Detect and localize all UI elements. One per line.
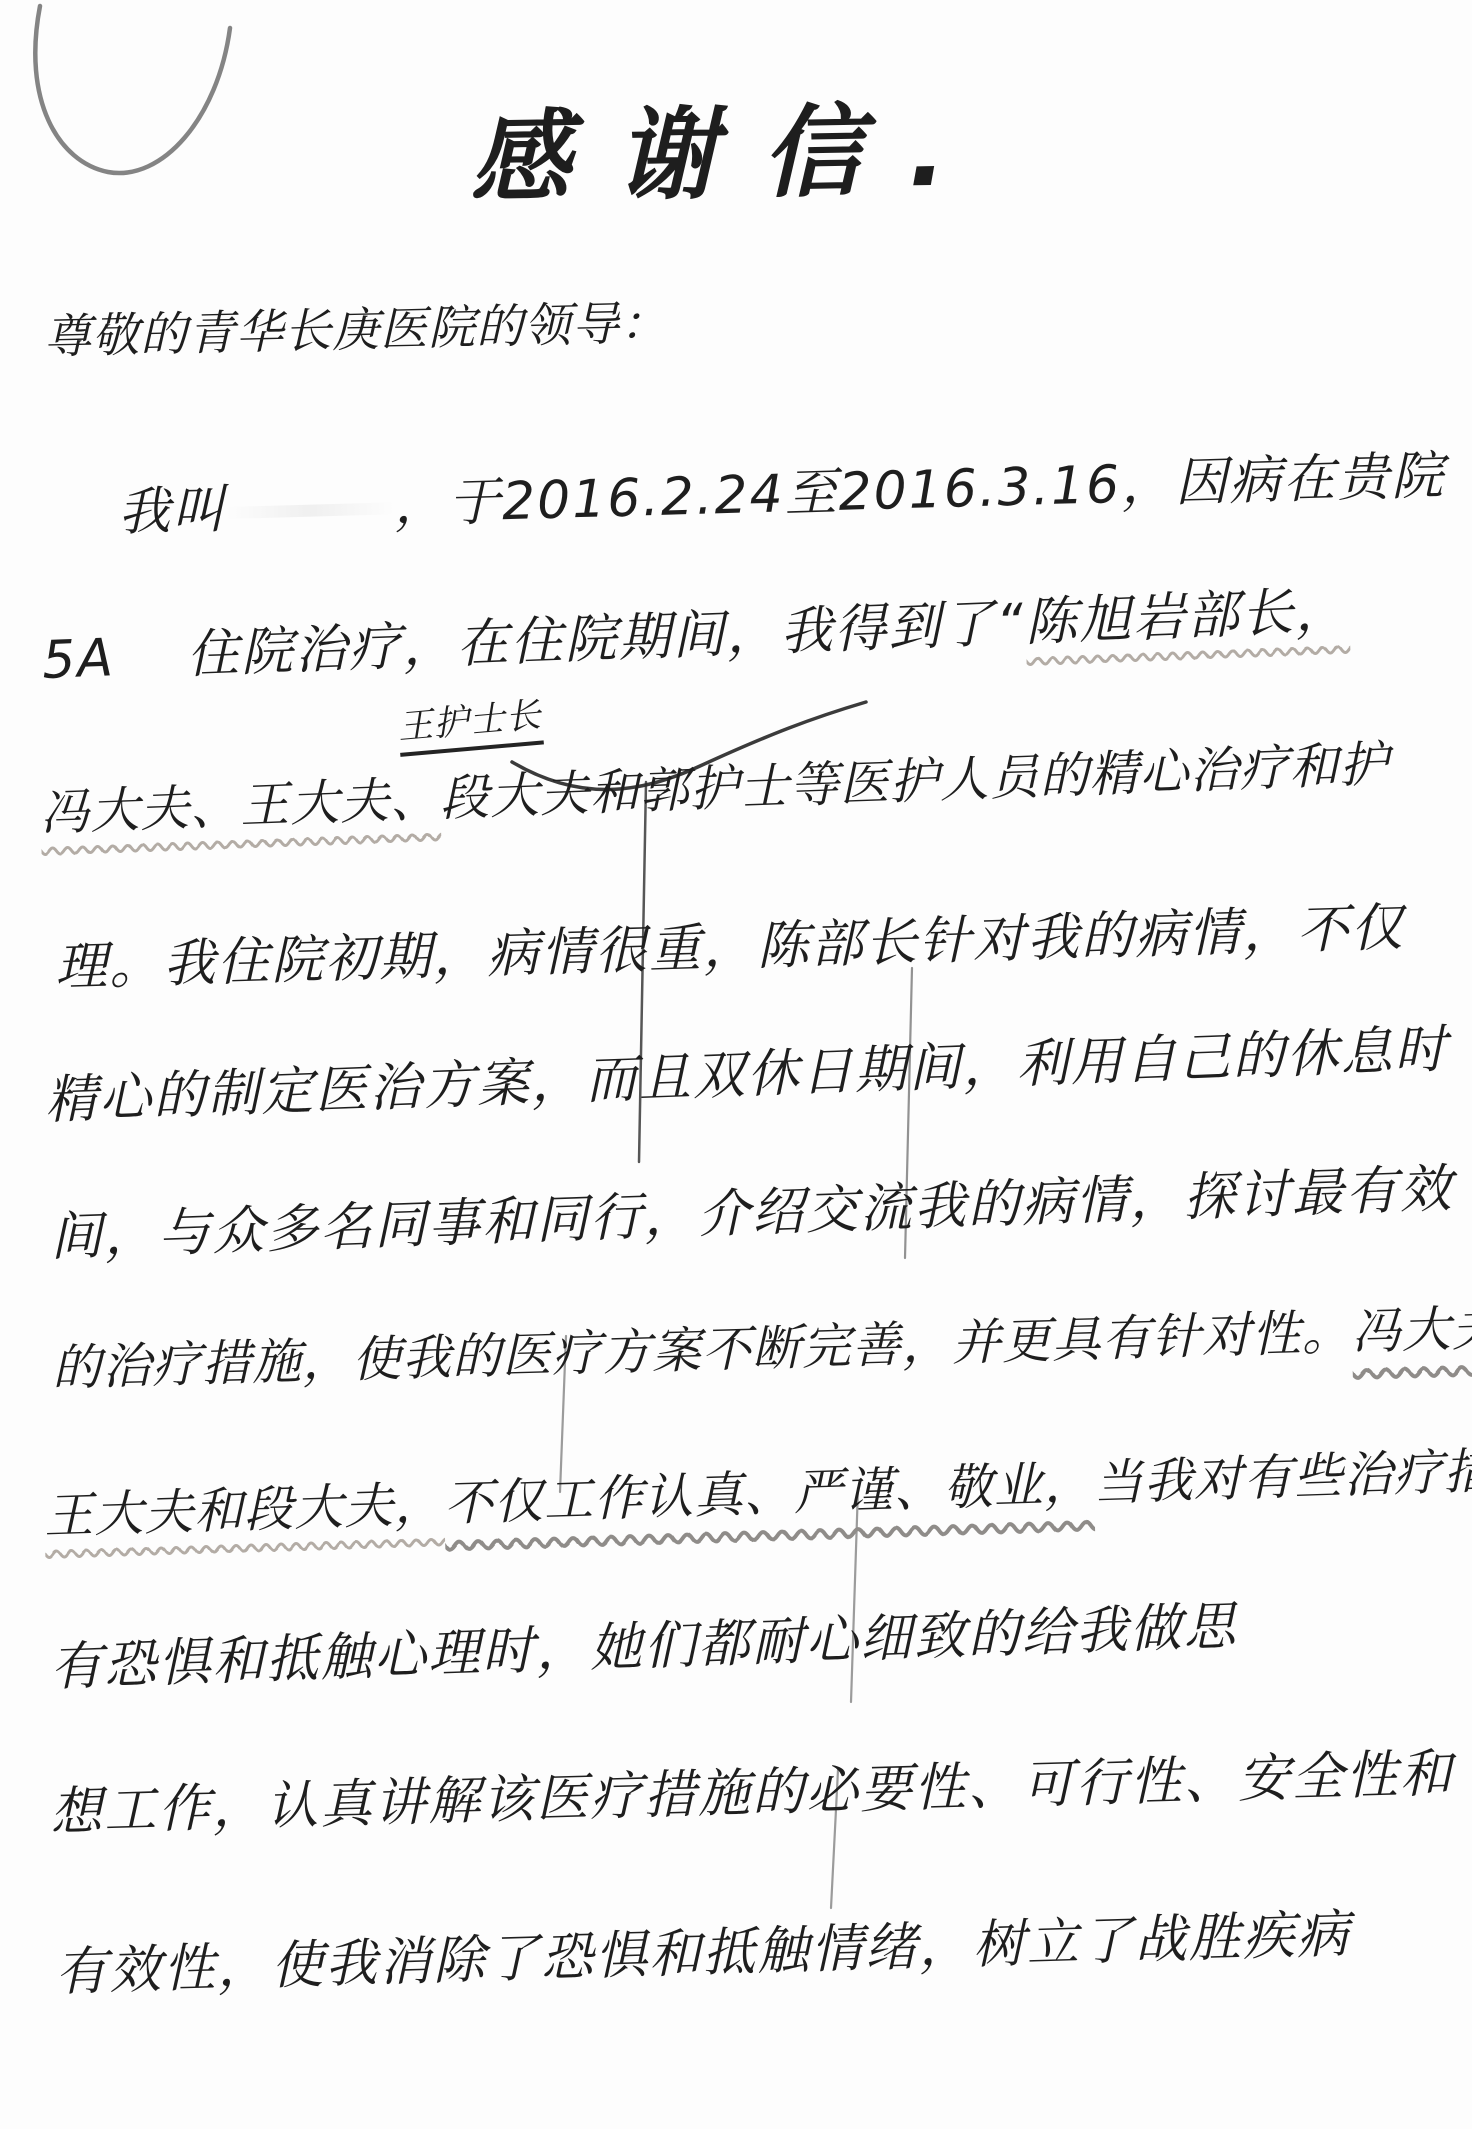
line3-text: 段大夫和 (439, 763, 641, 827)
body-line-2: 5A住院治疗，在住院期间，我得到了“陈旭岩部长， (41, 568, 1351, 693)
salutation-line: 尊敬的青华长庚医院的领导： (43, 286, 668, 367)
body-line-9: 有恐惧和抵触心理时，她们都耐心细致的给我做思 (49, 1584, 1239, 1700)
underlined-work-ethic-phrase: 不仅工作认真、严谨、敬业， (443, 1455, 1094, 1532)
inserted-note-head-nurse-wang: 王护士长 (396, 688, 544, 757)
body-line-7: 的治疗措施，使我的医疗方案不断完善，并更具有针对性。冯大夫、 (51, 1288, 1472, 1400)
body-line-1: 我叫，于2016.2.24至2016.3.16，因病在贵院 (117, 433, 1446, 545)
ward-gap-space (115, 672, 187, 675)
underlined-name-chen-buzhang: 陈旭岩部长， (1024, 581, 1350, 653)
line3-text-rest: 郭护士等医护人员的精心治疗和护 (639, 736, 1391, 820)
pencil-arc-top-left (35, 6, 230, 173)
redacted-name-blank (226, 502, 394, 519)
underlined-doctor-feng: 冯大夫、 (1351, 1298, 1472, 1361)
scanned-letter-page: 感谢信. 尊敬的青华长庚医院的领导： 我叫，于2016.2.24至2016.3.… (0, 0, 1472, 2129)
underlined-doctors-wang-duan: 王大夫和段大夫， (43, 1475, 445, 1545)
line2-text: 住院治疗，在住院期间，我得到了“ (186, 593, 1027, 685)
ward-label: 5A (41, 628, 116, 691)
body-line-4: 理。我住院初期，病情很重，陈部长针对我的病情，不仅 (54, 885, 1406, 1000)
body-line-6: 间，与众多名同事和同行，介绍交流我的病情，探讨最有效 (49, 1146, 1455, 1270)
body-line-3: 冯大夫、王大夫、段大夫和郭护士等医护人员的精心治疗和护 (39, 726, 1391, 845)
letter-title: 感谢信. (469, 69, 993, 222)
line1-intro-text: 我叫 (117, 480, 227, 543)
line1-dates-text: ，于2016.2.24至2016.3.16，因病在贵院 (393, 446, 1446, 535)
line7-text: 的治疗措施，使我的医疗方案不断完善，并更具有针对性。 (51, 1304, 1352, 1397)
line8-text-rest: 当我对有些治疗措施 (1093, 1441, 1472, 1512)
body-line-5: 精心的制定医治方案，而且双休日期间，利用自己的休息时 (44, 1007, 1450, 1133)
underlined-doctors-feng-wang: 冯大夫、王大夫、 (39, 770, 441, 842)
body-line-11: 有效性，使我消除了恐惧和抵触情绪，树立了战胜疾病 (54, 1892, 1352, 2005)
body-line-10: 想工作，认真讲解该医疗措施的必要性、可行性、安全性和 (49, 1731, 1455, 1845)
body-line-8: 王大夫和段大夫，不仅工作认真、严谨、敬业，当我对有些治疗措施 (43, 1431, 1472, 1548)
